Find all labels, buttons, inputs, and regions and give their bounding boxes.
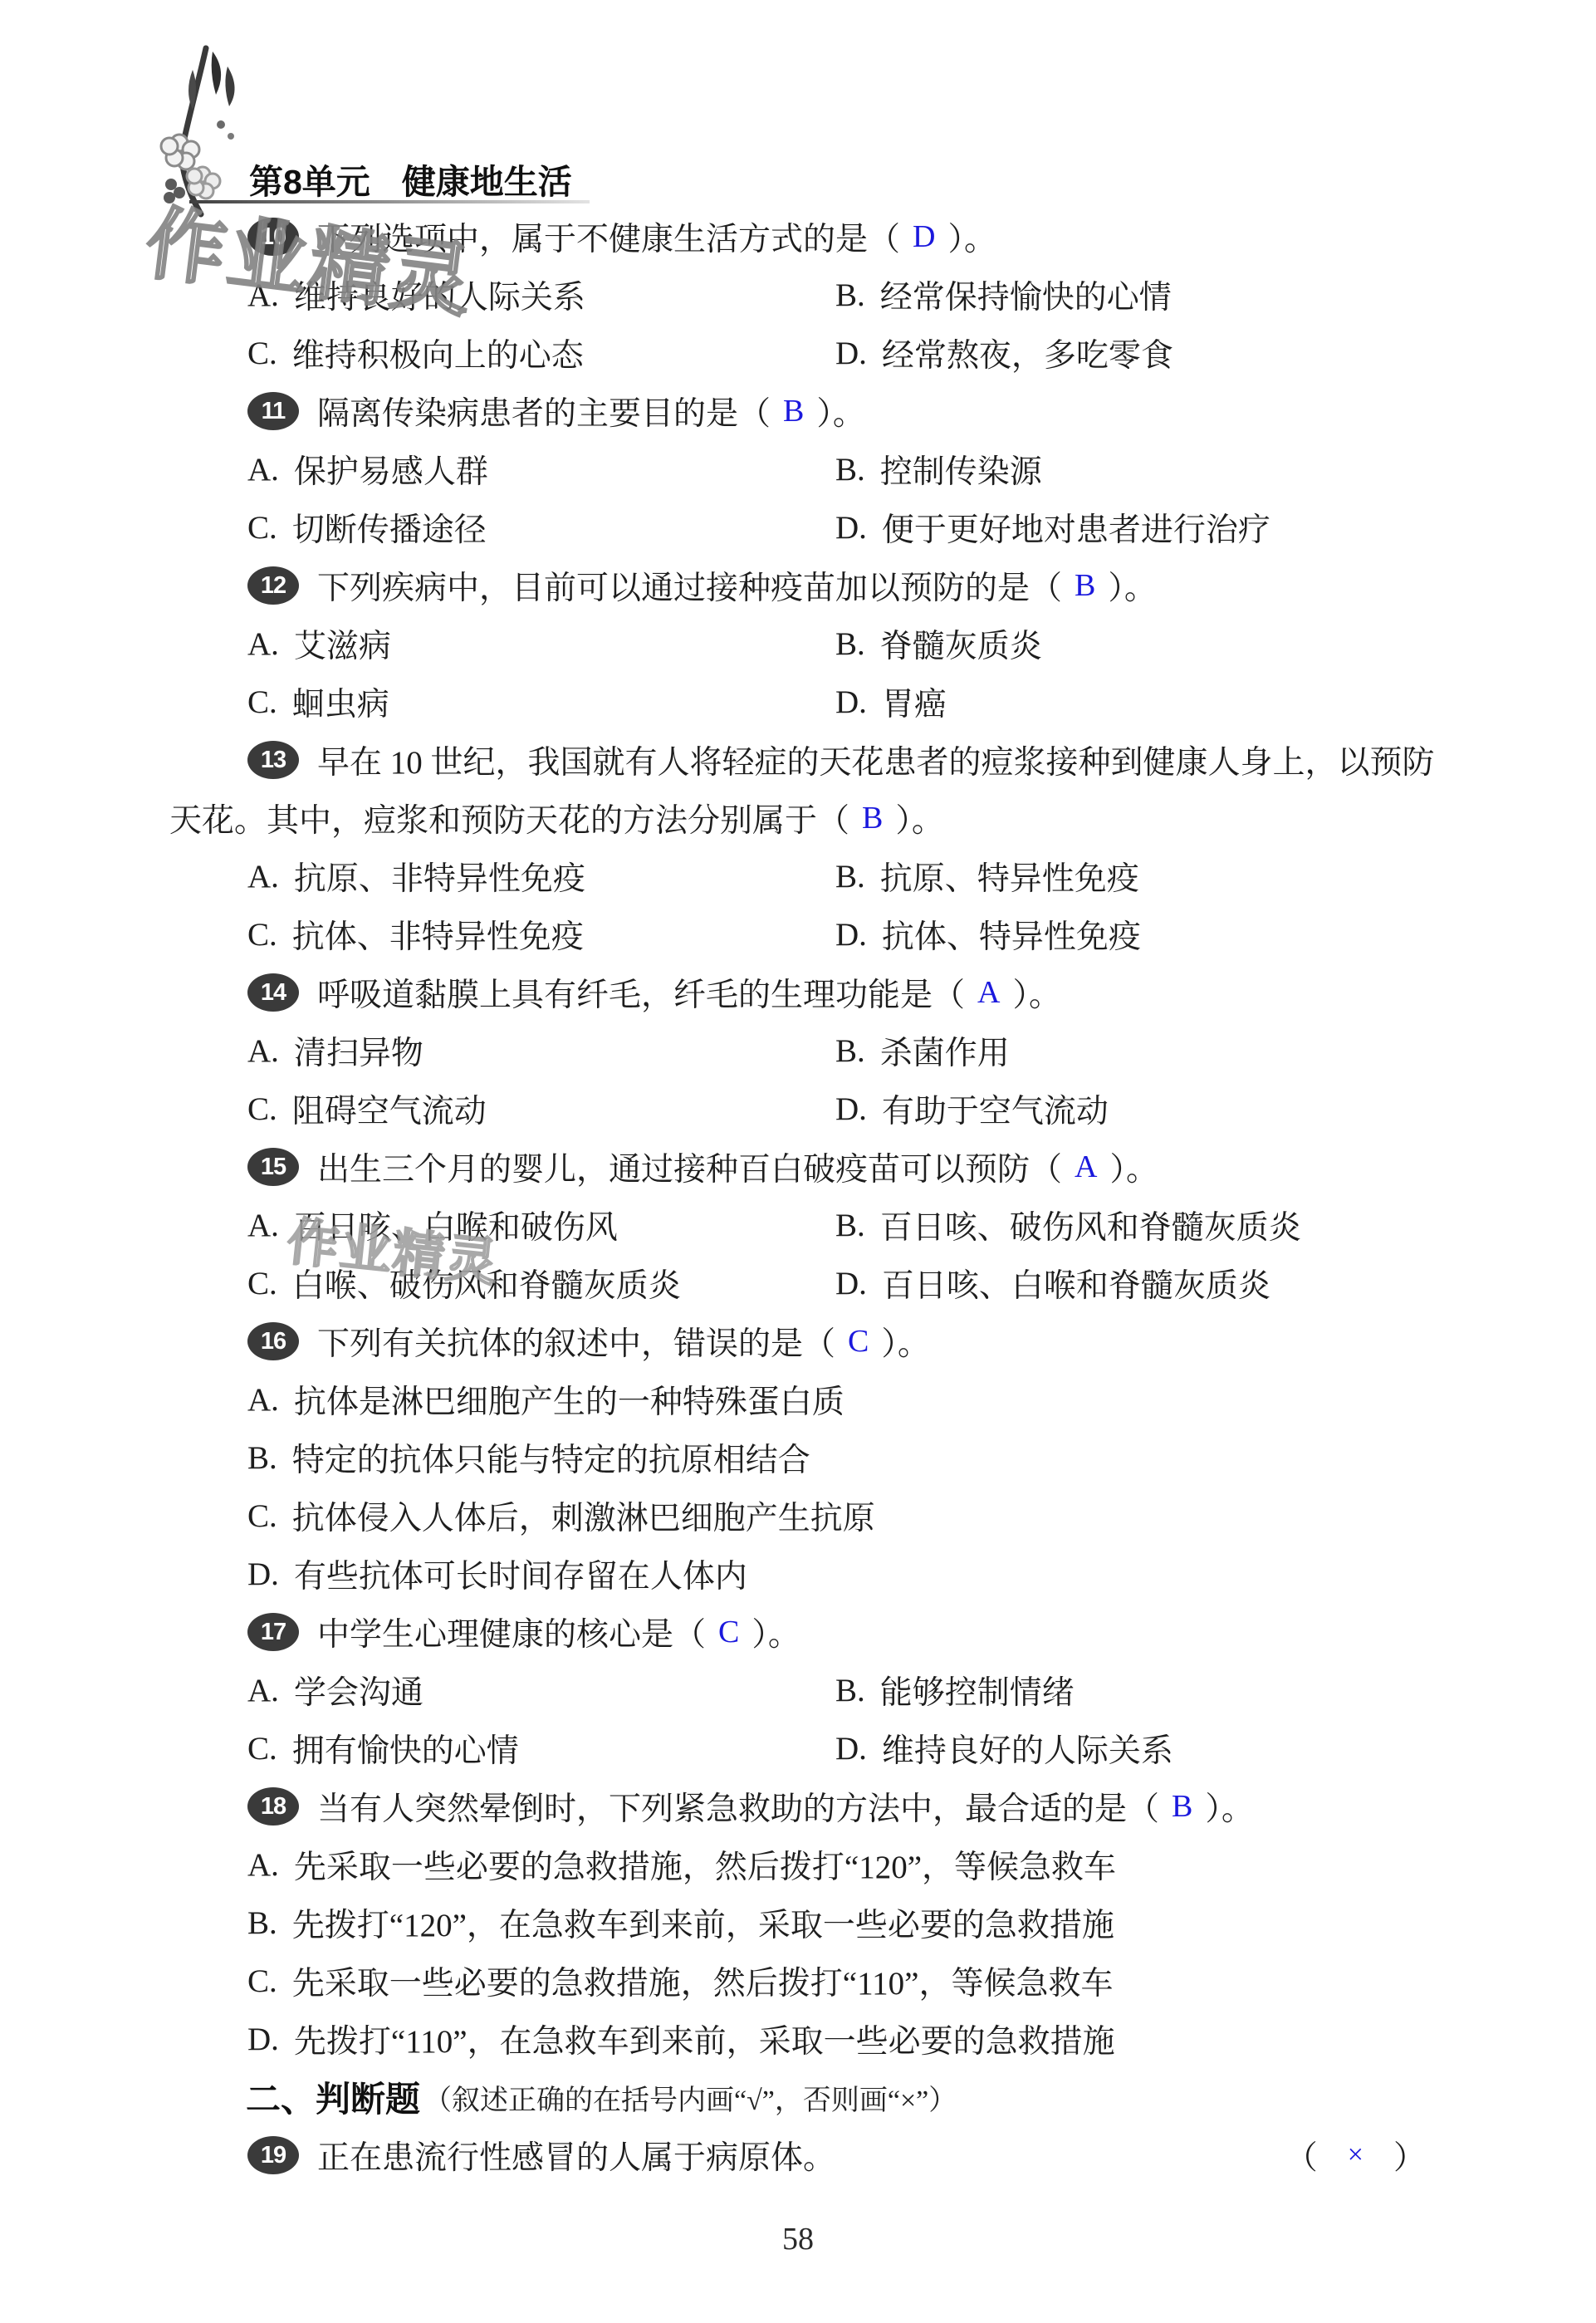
question-14-stem-row: 14 呼吸道黏膜上具有纤毛，纤毛的生理功能是 （A）。 [247, 963, 1596, 1022]
question-number-badge: 15 [247, 1148, 299, 1186]
question-number-badge: 17 [247, 1613, 299, 1651]
question-16-option-b: B.特定的抗体只能与特定的抗原相结合 [247, 1429, 1596, 1487]
answer-cross-mark: × [1318, 2139, 1393, 2171]
option-d: D.胃癌 [835, 679, 1596, 725]
answer-letter: B [849, 800, 895, 836]
question-number-badge: 10 [247, 218, 299, 256]
answer-letter: B [1159, 1788, 1205, 1825]
answer-letter: B [1062, 567, 1108, 604]
option-b: B.抗原、特异性免疫 [835, 853, 1596, 899]
option-a: A.维持良好的人际关系 [247, 272, 835, 318]
option-c: C.阻碍空气流动 [247, 1086, 835, 1132]
section-2-heading-row: 二、判断题 （叙述正确的在括号内画“√”，否则画“×”） [246, 2068, 1596, 2126]
question-number-badge: 14 [247, 973, 299, 1012]
question-16-option-d: D.有些抗体可长时间存留在人体内 [247, 1545, 1596, 1603]
question-10-options-ab: A.维持良好的人际关系 B.经常保持愉快的心情 [247, 266, 1596, 324]
question-stem: 呼吸道黏膜上具有纤毛，纤毛的生理功能是 [317, 969, 933, 1016]
question-number-badge: 13 [247, 741, 299, 779]
option-c: C.白喉、破伤风和脊髓灰质炎 [247, 1260, 835, 1306]
question-stem: 下列选项中，属于不健康生活方式的是 [317, 213, 868, 260]
option-d: D.抗体、特异性免疫 [835, 911, 1596, 958]
question-stem-line2: 天花。其中，痘浆和预防天花的方法分别属于 [169, 795, 817, 841]
option-a: A.清扫异物 [247, 1027, 835, 1074]
question-18-stem-row: 18 当有人突然晕倒时，下列紧急救助的方法中，最合适的是 （B）。 [247, 1777, 1596, 1835]
question-stem: 出生三个月的婴儿，通过接种百白破疫苗可以预防 [317, 1144, 1030, 1190]
question-15-options-cd: C.白喉、破伤风和脊髓灰质炎 D.百日咳、白喉和脊髓灰质炎 [247, 1254, 1596, 1312]
question-11-options-cd: C.切断传播途径 D.便于更好地对患者进行治疗 [247, 498, 1596, 556]
answer-letter: A [1062, 1149, 1109, 1185]
question-stem: 隔离传染病患者的主要目的是 [317, 388, 738, 434]
option-c: C.维持积极向上的心态 [247, 330, 835, 376]
option-a: A.艾滋病 [247, 620, 835, 667]
option-d: D.有助于空气流动 [835, 1086, 1596, 1132]
option-b: B.经常保持愉快的心情 [835, 272, 1596, 318]
question-12-options-cd: C.蛔虫病 D.胃癌 [247, 673, 1596, 731]
question-16-stem-row: 16 下列有关抗体的叙述中，错误的是 （C）。 [247, 1312, 1596, 1370]
question-stem: 中学生心理健康的核心是 [317, 1609, 673, 1655]
question-number-badge: 16 [247, 1322, 299, 1360]
question-number-badge: 11 [247, 392, 299, 430]
question-17-options-cd: C.拥有愉快的心情 D.维持良好的人际关系 [247, 1719, 1596, 1777]
question-13-stem-continuation: 天花。其中，痘浆和预防天花的方法分别属于 （B）。 [169, 789, 1596, 847]
question-18-option-b: B.先拨打“120”，在急救车到来前，采取一些必要的急救措施 [247, 1894, 1596, 1952]
judgement-answer-parens: （×） [1285, 2132, 1426, 2178]
answer-letter: D [900, 218, 947, 255]
option-b: B.杀菌作用 [835, 1027, 1596, 1074]
exercise-content: 10 下列选项中，属于不健康生活方式的是 （D）。 A.维持良好的人际关系 B.… [0, 208, 1596, 2184]
question-18-option-a: A.先采取一些必要的急救措施，然后拨打“120”，等候急救车 [247, 1835, 1596, 1894]
option-d: D.百日咳、白喉和脊髓灰质炎 [835, 1260, 1596, 1306]
question-13-options-cd: C.抗体、非特异性免疫 D.抗体、特异性免疫 [247, 905, 1596, 963]
question-11-options-ab: A.保护易感人群 B.控制传染源 [247, 440, 1596, 498]
option-a: A.保护易感人群 [247, 446, 835, 493]
section-instructions: （叙述正确的在括号内画“√”，否则画“×”） [423, 2077, 957, 2118]
question-number-badge: 12 [247, 566, 299, 605]
unit-header: 第8单元 健康地生活 [249, 154, 572, 203]
question-16-option-c: C.抗体侵入人体后，刺激淋巴细胞产生抗原 [247, 1487, 1596, 1545]
option-d: D.维持良好的人际关系 [835, 1725, 1596, 1772]
question-13-stem-row: 13 早在 10 世纪，我国就有人将轻症的天花患者的痘浆接种到健康人身上，以预防 [247, 731, 1596, 789]
option-b: B.控制传染源 [835, 446, 1596, 493]
answer-letter: A [965, 974, 1012, 1011]
option-b: B.百日咳、破伤风和脊髓灰质炎 [835, 1202, 1596, 1248]
option-a: A.抗原、非特异性免疫 [247, 853, 835, 899]
question-14-options-ab: A.清扫异物 B.杀菌作用 [247, 1022, 1596, 1080]
question-13-options-ab: A.抗原、非特异性免疫 B.抗原、特异性免疫 [247, 847, 1596, 905]
question-stem: 下列疾病中，目前可以通过接种疫苗加以预防的是 [317, 562, 1030, 609]
option-c: C.蛔虫病 [247, 679, 835, 725]
question-10-stem-row: 10 下列选项中，属于不健康生活方式的是 （D）。 [247, 208, 1596, 266]
question-19-row: 19 正在患流行性感冒的人属于病原体。 （×） [247, 2126, 1596, 2184]
option-b: B.脊髓灰质炎 [835, 620, 1596, 667]
option-c: C.切断传播途径 [247, 504, 835, 551]
section-heading: 二、判断题 [246, 2072, 420, 2122]
question-15-stem-row: 15 出生三个月的婴儿，通过接种百白破疫苗可以预防 （A）。 [247, 1138, 1596, 1196]
page-number: 58 [0, 2221, 1596, 2257]
option-a: A.百日咳、白喉和破伤风 [247, 1202, 835, 1248]
workbook-page: 第8单元 健康地生活 作业精灵 作业精灵 10 下列选项中，属于不健康生活方式的… [0, 0, 1596, 2323]
question-stem: 下列有关抗体的叙述中，错误的是 [317, 1318, 803, 1365]
question-16-option-a: A.抗体是淋巴细胞产生的一种特殊蛋白质 [247, 1370, 1596, 1429]
question-15-options-ab: A.百日咳、白喉和破伤风 B.百日咳、破伤风和脊髓灰质炎 [247, 1196, 1596, 1254]
unit-title: 健康地生活 [402, 154, 572, 203]
option-c: C.抗体、非特异性免疫 [247, 911, 835, 958]
question-stem-line1: 早在 10 世纪，我国就有人将轻症的天花患者的痘浆接种到健康人身上，以预防 [317, 737, 1435, 783]
header-underline [189, 200, 590, 203]
question-stem: 正在患流行性感冒的人属于病原体。 [317, 2132, 835, 2178]
option-d: D.经常熬夜，多吃零食 [835, 330, 1596, 376]
question-12-stem-row: 12 下列疾病中，目前可以通过接种疫苗加以预防的是 （B）。 [247, 556, 1596, 615]
question-18-option-d: D.先拨打“110”，在急救车到来前，采取一些必要的急救措施 [247, 2010, 1596, 2068]
question-10-options-cd: C.维持积极向上的心态 D.经常熬夜，多吃零食 [247, 324, 1596, 382]
option-c: C.拥有愉快的心情 [247, 1725, 835, 1772]
question-stem: 当有人突然晕倒时，下列紧急救助的方法中，最合适的是 [317, 1783, 1127, 1830]
answer-letter: C [706, 1614, 751, 1650]
answer-letter: C [835, 1323, 881, 1360]
question-number-badge: 18 [247, 1787, 299, 1826]
question-12-options-ab: A.艾滋病 B.脊髓灰质炎 [247, 615, 1596, 673]
option-d: D.便于更好地对患者进行治疗 [835, 504, 1596, 551]
plum-blossom-decoration-icon [154, 45, 256, 218]
question-11-stem-row: 11 隔离传染病患者的主要目的是 （B）。 [247, 382, 1596, 440]
option-a: A.学会沟通 [247, 1667, 835, 1713]
question-14-options-cd: C.阻碍空气流动 D.有助于空气流动 [247, 1080, 1596, 1138]
question-17-stem-row: 17 中学生心理健康的核心是 （C）。 [247, 1603, 1596, 1661]
answer-letter: B [771, 393, 816, 429]
question-17-options-ab: A.学会沟通 B.能够控制情绪 [247, 1661, 1596, 1719]
option-b: B.能够控制情绪 [835, 1667, 1596, 1713]
question-18-option-c: C.先采取一些必要的急救措施，然后拨打“110”，等候急救车 [247, 1952, 1596, 2010]
question-number-badge: 19 [247, 2136, 299, 2174]
unit-number: 第8单元 [249, 154, 370, 203]
